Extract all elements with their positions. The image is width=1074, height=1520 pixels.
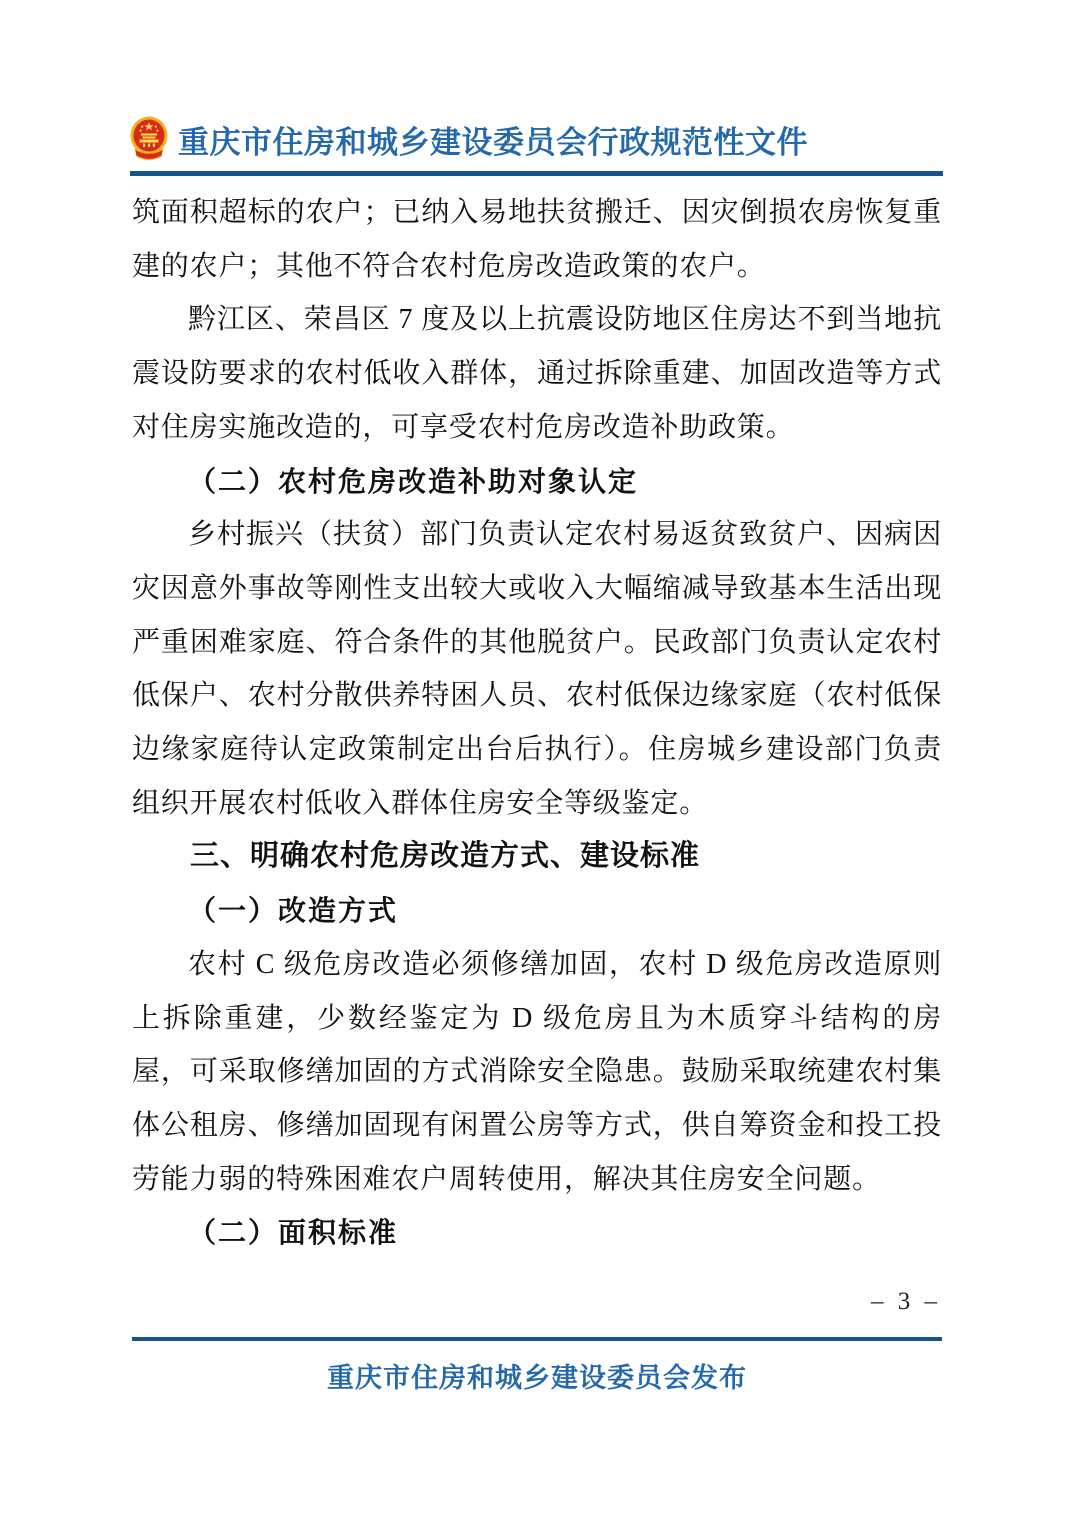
section-subheading: （二）农村危房改造补助对象认定 [132,455,942,509]
paragraph: 乡村振兴（扶贫）部门负责认定农村易返贫致贫户、因病因灾因意外事故等刚性支出较大或… [132,508,942,830]
header-divider-line [130,171,943,176]
section-subheading: （一）改造方式 [132,884,942,938]
national-emblem-icon [130,116,168,163]
footer-publisher: 重庆市住房和城乡建设委员会发布 [0,1356,1074,1395]
paragraph: 农村 C 级危房改造必须修缮加固，农村 D 级危房改造原则上拆除重建，少数经鉴定… [132,938,942,1207]
document-header-title: 重庆市住房和城乡建设委员会行政规范性文件 [178,117,808,162]
footer-divider-line [132,1337,942,1341]
document-page: 重庆市住房和城乡建设委员会行政规范性文件 筑面积超标的农户；已纳入易地扶贫搬迁、… [0,0,1074,1520]
document-header: 重庆市住房和城乡建设委员会行政规范性文件 [130,116,945,163]
document-body: 筑面积超标的农户；已纳入易地扶贫搬迁、因灾倒损农房恢复重建的农户；其他不符合农村… [132,186,942,1260]
page-number: – 3 – [871,1288,941,1316]
section-heading: 三、明确农村危房改造方式、建设标准 [132,830,942,884]
paragraph: 黔江区、荣昌区 7 度及以上抗震设防地区住房达不到当地抗震设防要求的农村低收入群… [132,293,942,454]
paragraph-continued: 筑面积超标的农户；已纳入易地扶贫搬迁、因灾倒损农房恢复重建的农户；其他不符合农村… [132,186,942,293]
section-subheading: （二）面积标准 [132,1206,942,1260]
